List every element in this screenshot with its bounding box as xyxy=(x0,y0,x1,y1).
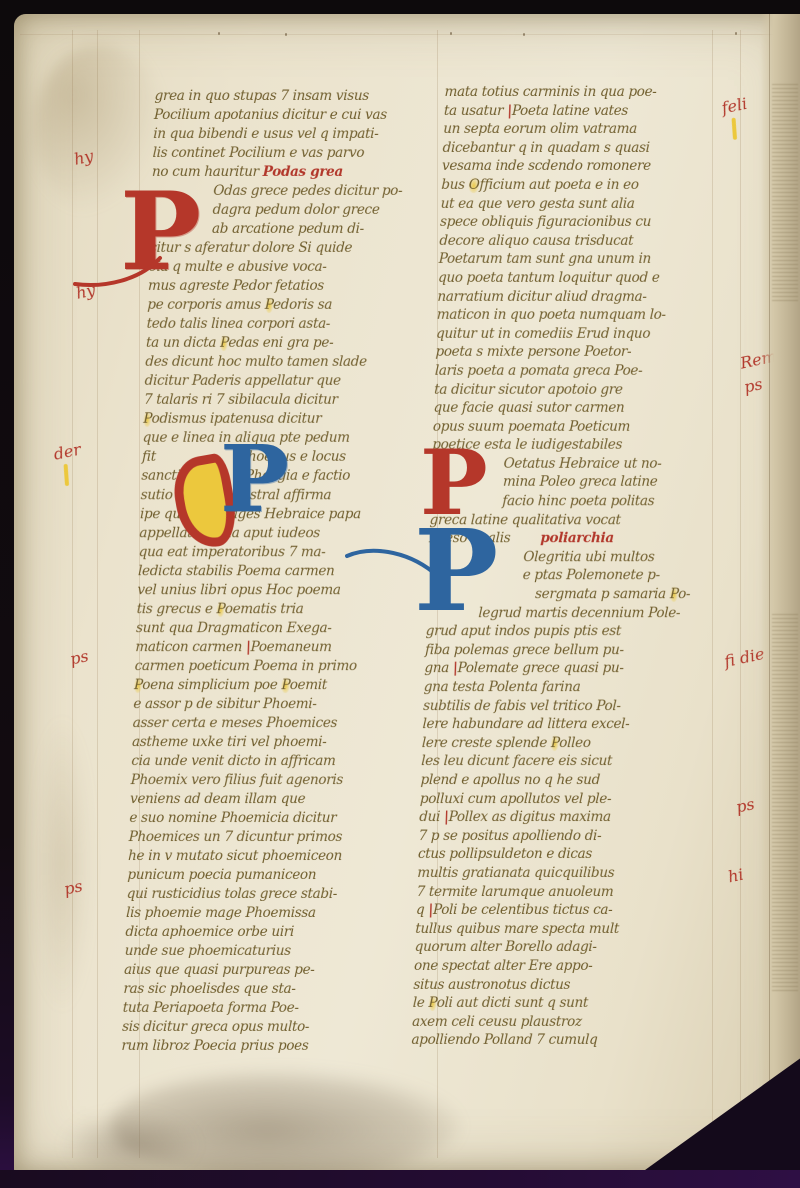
body-text: oematis tria xyxy=(225,601,304,617)
illuminated-initial-red-left: P xyxy=(120,190,201,274)
photo-background-bottom xyxy=(0,1170,800,1188)
text-line: e suo nomine Phoemicia dicitur xyxy=(129,810,432,829)
text-line: 7 talaris ri 7 sibilacula dicitur xyxy=(144,392,447,411)
text-line: poeta s mixte persone Poetor- xyxy=(435,344,752,363)
text-line: qui rusticidius tolas grece stabi- xyxy=(126,886,429,905)
text-line: cia unde venit dicto in affricam xyxy=(131,753,434,772)
body-text: Oetatus Hebraice ut no- xyxy=(503,456,661,472)
body-text: decore aliquo causa trisducat xyxy=(439,233,633,249)
body-text: dicta aphoemice orbe uiri xyxy=(125,924,294,940)
body-text: Phoemices un 7 dicuntur primos xyxy=(128,829,342,845)
text-line: ta dicitur sicutor apotoio gre xyxy=(434,382,751,401)
text-line: ledicta stabilis Poema carmen xyxy=(138,563,441,582)
body-text: sunt qua Dragmaticon Exega- xyxy=(136,620,332,636)
prick-mark xyxy=(285,33,287,36)
body-text: situs austronotus dictus xyxy=(413,977,570,993)
text-line: des dicunt hoc multo tamen slade xyxy=(145,354,448,373)
body-text: dicitur Paderis appellatur que xyxy=(144,373,341,389)
text-line: tedo talis linea corpori asta- xyxy=(146,316,449,335)
body-text: fiba polemas grece bellum pu- xyxy=(425,642,624,658)
body-text: 7 talaris ri 7 sibilacula dicitur xyxy=(144,392,338,408)
body-text: spece obliquis figuracionibus cu xyxy=(440,214,652,230)
body-text: Phoemix vero filius fuit agenoris xyxy=(130,772,343,788)
text-line: quorum alter Borello adagi- xyxy=(414,939,731,958)
text-line: polluxi cum apollutos vel ple- xyxy=(420,791,737,810)
body-text: facio hinc poeta politas xyxy=(502,493,655,509)
body-text: O xyxy=(468,177,479,193)
text-line: dicitur Paderis appellatur que xyxy=(144,373,447,392)
text-line: astheme uxke tiri vel phoemi- xyxy=(132,734,435,753)
body-text: Poeta latine vates xyxy=(512,103,629,119)
manuscript-photo: grea in quo stupas 7 insam visusPocilium… xyxy=(0,0,800,1188)
text-line: quitur ut in comediis Erud inquo xyxy=(436,326,753,345)
text-line: un septa eorum olim vatrama xyxy=(443,121,760,140)
body-text: olleo xyxy=(559,735,591,751)
body-text: fficium aut poeta e in eo xyxy=(479,177,639,193)
body-text: Pollex as digitus maxima xyxy=(448,809,611,825)
body-text: mata totius carminis in qua poe- xyxy=(444,84,656,100)
body-text: Poli be celentibus tictus ca- xyxy=(433,902,613,918)
text-line: gna |Polemate grece quasi pu- xyxy=(424,660,741,679)
body-text: narratium dicitur aliud dragma- xyxy=(437,289,647,305)
text-line: tullus quibus mare specta mult xyxy=(415,921,732,940)
body-text: grea in quo stupas 7 insam visus xyxy=(154,88,369,104)
text-line: ut ea que vero gesta sunt alia xyxy=(440,196,757,215)
text-line: ctus pollipsuldeton e dicas xyxy=(418,846,735,865)
text-line: in qua bibendi e usus vel q impati- xyxy=(153,126,456,145)
body-text: tedo talis linea corpori asta- xyxy=(146,316,330,332)
body-text: poeta s mixte persone Poetor- xyxy=(435,344,631,360)
body-text: q xyxy=(416,902,429,918)
body-text: e suo nomine Phoemicia dicitur xyxy=(129,810,336,826)
text-line: q |Poli be celentibus tictus ca- xyxy=(416,902,733,921)
body-text: vel unius libri opus Hoc poema xyxy=(137,582,341,598)
illuminated-initial-blue-right: P xyxy=(414,528,498,615)
body-text: asser certa e meses Phoemices xyxy=(132,715,337,731)
body-text: legrud martis decennium Pole- xyxy=(478,605,680,621)
body-text: polluxi cum apollutos vel ple- xyxy=(420,791,612,807)
rubric-text: poliarchia xyxy=(540,530,614,546)
body-text: tis grecus e xyxy=(136,601,216,617)
text-line: lis phoemie mage Phoemissa xyxy=(126,905,429,924)
prick-mark xyxy=(450,32,452,35)
text-line: 7 termite larumque anuoleum xyxy=(416,884,733,903)
body-text: astheme uxke tiri vel phoemi- xyxy=(132,734,327,750)
text-line: tuta Periapoeta forma Poe- xyxy=(122,1000,425,1019)
body-text: edoris sa xyxy=(273,297,333,313)
body-text: pe corporis amus xyxy=(147,297,265,313)
text-line: maticon in quo poeta numquam lo- xyxy=(436,307,753,326)
body-text: mina Poleo greca latine xyxy=(503,474,658,490)
body-text: quitur ut in comediis Erud inquo xyxy=(436,326,651,342)
text-line: subtilis de fabis vel tritico Pol- xyxy=(423,698,740,717)
text-line: one spectat alter Ere appo- xyxy=(414,958,731,977)
body-text: tuta Periapoeta forma Poe- xyxy=(123,1000,299,1016)
body-text: gna testa Polenta farina xyxy=(424,679,581,695)
prick-mark xyxy=(735,32,737,35)
text-line: ras sic phoelisdes que sta- xyxy=(123,981,426,1000)
ruling-line xyxy=(20,34,780,35)
body-text: ta usatur xyxy=(444,103,508,119)
margin-note: ps xyxy=(62,876,84,898)
text-line: ta usatur |Poeta latine vates xyxy=(444,103,761,122)
text-line: fiba polemas grece bellum pu- xyxy=(425,642,742,661)
body-text: lis phoemie mage Phoemissa xyxy=(126,905,316,921)
text-line: que facie quasi sutor carmen xyxy=(433,400,750,419)
body-text: 7 p se positus apolliendo di- xyxy=(418,828,601,844)
body-text: sis dicitur greca opus multo- xyxy=(122,1019,310,1035)
body-text: Pocilium apotanius dicitur e cui vas xyxy=(154,107,387,123)
body-text: subtilis de fabis vel tritico Pol- xyxy=(423,698,621,714)
text-line: mata totius carminis in qua poe- xyxy=(444,84,761,103)
body-text: unde sue phoemicaturius xyxy=(125,943,292,959)
text-line: spece obliquis figuracionibus cu xyxy=(440,214,757,233)
text-line: 7 p se positus apolliendo di- xyxy=(418,828,735,847)
prick-mark xyxy=(523,33,525,36)
body-text: bus xyxy=(441,177,469,193)
text-line: punicum poecia pumaniceon xyxy=(127,867,430,886)
body-text: Polemate grece quasi pu- xyxy=(457,660,624,676)
fore-edge xyxy=(760,14,800,1122)
body-text: gna xyxy=(424,660,453,676)
body-text: des dicunt hoc multo tamen slade xyxy=(145,354,367,370)
text-line: quo poeta tantum loquitur quod e xyxy=(438,270,755,289)
body-text: e assor p de sibitur Phoemi- xyxy=(133,696,317,712)
text-line: vel unius libri opus Hoc poema xyxy=(137,582,440,601)
body-text: ctus pollipsuldeton e dicas xyxy=(418,846,593,862)
body-text: sergmata p samaria xyxy=(535,586,670,602)
body-text: ta dicitur sicutor apotoio gre xyxy=(434,382,623,398)
text-line: pe corporis amus Pedoris sa xyxy=(147,297,450,316)
body-text: dicebantur q in quadam s quasi xyxy=(442,140,650,156)
body-text: carmen poeticum Poema in primo xyxy=(134,658,357,674)
body-text: multis gratianata quicquilibus xyxy=(417,865,615,881)
body-text: Olegritia ubi multos xyxy=(523,549,655,565)
body-text: o- xyxy=(678,586,691,602)
body-text: ut ea que vero gesta sunt alia xyxy=(440,196,634,212)
body-text: Poetarum tam sunt gna unum in xyxy=(438,251,651,267)
text-line: carmen poeticum Poema in primo xyxy=(134,658,437,677)
body-text: lere creste splende xyxy=(422,735,552,751)
text-line: aius que quasi purpureas pe- xyxy=(124,962,427,981)
body-text: lere habundare ad littera excel- xyxy=(422,716,629,732)
text-line: tis grecus e Poematis tria xyxy=(136,601,439,620)
body-text: veniens ad deam illam que xyxy=(130,791,306,807)
body-text: rum libroz Poecia prius poes xyxy=(121,1038,309,1054)
body-text: fit xyxy=(142,449,156,465)
margin-note: hy xyxy=(72,146,95,169)
ruling-line xyxy=(72,30,73,1158)
text-line: ta un dicta Pedas eni gra pe- xyxy=(146,335,449,354)
body-text: ab arcatione pedum di- xyxy=(212,221,364,237)
text-line: veniens ad deam illam que xyxy=(130,791,433,810)
text-line: lis continet Pocilium e vas parvo xyxy=(152,145,455,164)
text-line: rum libroz Poecia prius poes xyxy=(121,1038,424,1057)
body-text: un septa eorum olim vatrama xyxy=(443,121,637,137)
body-text: que facie quasi sutor carmen xyxy=(433,400,624,416)
rubric-text: Podas grea xyxy=(262,164,343,180)
body-text: apolliendo Polland 7 cumulq xyxy=(411,1032,598,1048)
body-text: quorum alter Borello adagi- xyxy=(414,939,596,955)
text-line: narratium dicitur aliud dragma- xyxy=(437,289,754,308)
text-line: vesama inde scdendo romonere xyxy=(442,158,759,177)
text-line: decore aliquo causa trisducat xyxy=(439,233,756,252)
text-line: qua eat imperatoribus 7 ma- xyxy=(138,544,441,563)
text-line: e assor p de sibitur Phoemi- xyxy=(133,696,436,715)
body-text: maticon carmen xyxy=(135,639,246,655)
text-line: grea in quo stupas 7 insam visus xyxy=(154,88,457,107)
text-line: dui |Pollex as digitus maxima xyxy=(419,809,736,828)
text-line: apolliendo Polland 7 cumulq xyxy=(411,1032,728,1051)
body-text: lis continet Pocilium e vas parvo xyxy=(152,145,364,161)
body-text: one spectat alter Ere appo- xyxy=(414,958,593,974)
margin-note: hy xyxy=(74,280,97,303)
text-line: Podismus ipatenusa dicitur xyxy=(143,411,446,430)
body-text: le xyxy=(413,995,429,1011)
body-text: tullus quibus mare specta mult xyxy=(415,921,619,937)
body-text: ras sic phoelisdes que sta- xyxy=(123,981,296,997)
text-line: unde sue phoemicaturius xyxy=(124,943,427,962)
text-line: situs austronotus dictus xyxy=(413,977,730,996)
stain xyxy=(32,714,92,1014)
body-text: edas eni gra pe- xyxy=(228,335,334,351)
text-line: Poena simplicium poe Poemit xyxy=(134,677,437,696)
body-text: he in v mutato sicut phoemiceon xyxy=(128,848,342,864)
text-line: maticon carmen |Poemaneum xyxy=(135,639,438,658)
body-text: Poemaneum xyxy=(250,639,332,655)
text-line: le Poli aut dicti sunt q sunt xyxy=(412,995,729,1014)
body-text: cia unde venit dicto in affricam xyxy=(131,753,336,769)
body-text: aius que quasi purpureas pe- xyxy=(124,962,315,978)
body-text: Odas grece pedes dicitur po- xyxy=(213,183,403,199)
body-text: ledicta stabilis Poema carmen xyxy=(138,563,335,579)
text-line: Phoemix vero filius fuit agenoris xyxy=(130,772,433,791)
text-line: Poetarum tam sunt gna unum in xyxy=(438,251,755,270)
text-line: dicebantur q in quadam s quasi xyxy=(442,140,759,159)
body-text: vesama inde scdendo romonere xyxy=(442,158,651,174)
text-line: he in v mutato sicut phoemiceon xyxy=(128,848,431,867)
body-text: oli aut dicti sunt q sunt xyxy=(436,995,588,1011)
body-text: e ptas Polemonete p- xyxy=(522,567,660,583)
body-text: qua eat imperatoribus 7 ma- xyxy=(138,544,325,560)
body-text: les leu dicunt facere eis sicut xyxy=(421,753,612,769)
margin-note: ps xyxy=(68,646,90,668)
text-line: sis dicitur greca opus multo- xyxy=(122,1019,425,1038)
body-text: ta un dicta xyxy=(146,335,221,351)
body-text: laris poeta a pomata greca Poe- xyxy=(435,363,643,379)
text-line: Pocilium apotanius dicitur e cui vas xyxy=(154,107,457,126)
body-text: plend e apollus no q he sud xyxy=(420,772,600,788)
text-line: lere creste splende Polleo xyxy=(422,735,739,754)
body-text: in qua bibendi e usus vel q impati- xyxy=(153,126,379,142)
body-text: quo poeta tantum loquitur quod e xyxy=(438,270,660,286)
page-edge-line xyxy=(769,14,770,1122)
text-line: axem celi ceusu plaustroz xyxy=(412,1014,729,1033)
text-line: gna testa Polenta farina xyxy=(423,679,740,698)
body-text: oena simplicium poe xyxy=(142,677,282,693)
text-line: lere habundare ad littera excel- xyxy=(422,716,739,735)
text-line: asser certa e meses Phoemices xyxy=(132,715,435,734)
text-line: multis gratianata quicquilibus xyxy=(417,865,734,884)
text-line: sunt qua Dragmaticon Exega- xyxy=(136,620,439,639)
text-line: que e linea in aliqua pte pedum xyxy=(142,430,445,449)
body-text: maticon in quo poeta numquam lo- xyxy=(437,307,666,323)
text-line: dicta aphoemice orbe uiri xyxy=(125,924,428,943)
body-text: 7 termite larumque anuoleum xyxy=(416,884,613,900)
illuminated-initial-blue-left: P xyxy=(220,444,289,516)
margin-note: ps xyxy=(734,794,756,816)
body-text: punicum poecia pumaniceon xyxy=(127,867,316,883)
text-line: Phoemices un 7 dicuntur primos xyxy=(128,829,431,848)
text-line: plend e apollus no q he sud xyxy=(420,772,737,791)
show-through-text xyxy=(772,84,798,304)
text-line: laris poeta a pomata greca Poe- xyxy=(434,363,751,382)
body-text: axem celi ceusu plaustroz xyxy=(412,1014,582,1030)
ruling-line xyxy=(97,30,98,1158)
yellow-accent-stroke xyxy=(64,464,70,486)
yellow-accent-stroke xyxy=(732,118,738,140)
prick-mark xyxy=(218,32,220,35)
body-text: dui xyxy=(419,809,444,825)
text-line: les leu dicunt facere eis sicut xyxy=(421,753,738,772)
text-line: bus Officium aut poeta e in eo xyxy=(441,177,758,196)
body-text: dagra pedum dolor grece xyxy=(212,202,379,218)
body-text: qui rusticidius tolas grece stabi- xyxy=(126,886,337,902)
show-through-text xyxy=(772,614,798,994)
body-text: oemit xyxy=(289,677,327,693)
